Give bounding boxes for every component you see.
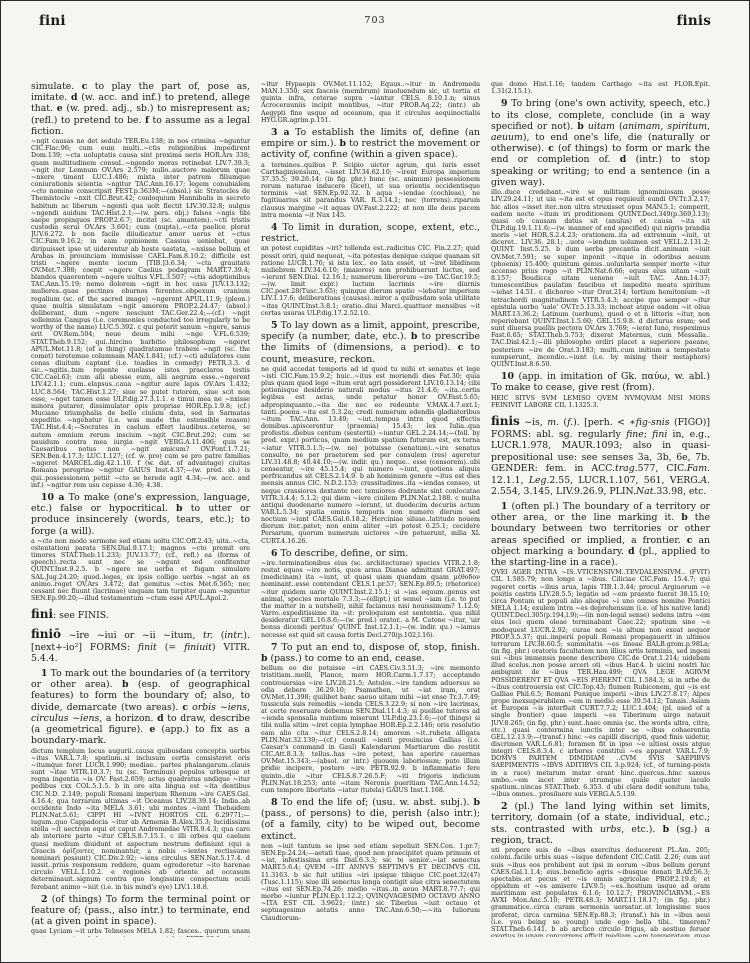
citation-block: dictum templum locus augurii..causa quib… xyxy=(31,748,250,891)
sense-definition-paragraph: 3 a To establish the limits of, define (… xyxy=(261,127,480,161)
page-number: 703 xyxy=(39,15,711,26)
sense-definition-paragraph: 10 a To make (one's expression, language… xyxy=(31,492,250,537)
dictionary-page: fini 703 finis simulate. c to play the p… xyxy=(0,0,750,963)
entry-headword-paragraph: fini: see FINIS. xyxy=(31,607,250,622)
sense-definition-paragraph: 6 To describe, define, or sim. xyxy=(261,548,480,559)
citation-block: an potest cupiditas ~iri? tollenda est..… xyxy=(261,245,480,317)
citation-block: que domo Hist.1.16; tandem Carthago ~ita… xyxy=(491,81,710,95)
sense-definition-paragraph: 10 (app. in imitation of Gk. παύω, w. ab… xyxy=(491,371,710,393)
citation-block: QVEI AGER INTRA ~IS..VTICENSIVM..TEVDALE… xyxy=(491,569,710,798)
sense-definition-paragraph: simulate. c to play the part of, pose as… xyxy=(31,81,250,137)
citation-block: uti propere suis de ~ibus exercitus dedu… xyxy=(491,847,710,937)
sense-definition-paragraph: 7 To put an end to, dispose of, stop, fi… xyxy=(261,642,480,664)
sense-definition-paragraph: 2 (of things) To form the terminal point… xyxy=(31,894,250,928)
citation-block: HEIC SITVS SVM LEMISO QVEM NVMQVAM NISI … xyxy=(491,395,710,409)
column-right: que domo Hist.1.16; tandem Carthago ~ita… xyxy=(491,81,710,937)
citation-block: a terminos..quibus P. Scipio uictor agru… xyxy=(261,162,480,219)
citation-block: non ~iuit tantum se ipse sed etiam sepel… xyxy=(261,843,480,922)
entry-headword-paragraph: finis ~is, m. (f.). [perh. < ∗fig-snis (… xyxy=(491,414,710,498)
sense-definition-paragraph: 4 To limit in duration, scope, extent, e… xyxy=(261,222,480,244)
citation-block: ~ire..terminationibus eius (sc. architec… xyxy=(261,560,480,639)
sense-definition-paragraph: 2 (pl.) The land lying within set limits… xyxy=(491,801,710,846)
sense-definition-paragraph: 5 To lay down as a limit, appoint, presc… xyxy=(261,320,480,365)
sense-definition-paragraph: 9 To bring (one's own activity, speech, … xyxy=(491,98,710,188)
column-left: simulate. c to play the part of, pose as… xyxy=(31,81,250,937)
sense-definition-paragraph: 1 (often pl.) The boundary of a territor… xyxy=(491,501,710,568)
sense-definition-paragraph: 1 To mark out the boundaries of (a terri… xyxy=(31,668,250,747)
sense-definition-paragraph: 8 To end the life of; (usu. w. abst. sub… xyxy=(261,797,480,842)
citation-block: ~ngit causas ne det sedulo TER.Eu.138; i… xyxy=(31,138,250,489)
citation-block: quae Lyciam ~it urbs Telmesos MELA 1.82;… xyxy=(31,928,250,937)
header-guide-word-right: finis xyxy=(677,13,711,29)
citation-block: ne quid accedat temporis ad id quod tu m… xyxy=(261,366,480,545)
citation-block: a ~cto non modo sermone sed etiam uoltu … xyxy=(31,538,250,602)
text-columns: simulate. c to play the part of, pose as… xyxy=(1,81,749,937)
page-header: fini 703 finis xyxy=(39,13,711,39)
citation-block: illo..duce credebant..~ire se militiam i… xyxy=(491,189,710,368)
column-middle: ~itur Hypaepis OV.Met.11.152; Equus..~it… xyxy=(261,81,480,937)
entry-headword-paragraph: finiō ~īre ~iui or ~ii ~itum, tr. (intr.… xyxy=(31,627,250,665)
citation-block: ~itur Hypaepis OV.Met.11.152; Equus..~it… xyxy=(261,81,480,124)
citation-block: bellum eo die potuisse ~iri CAES.Civ.3.5… xyxy=(261,665,480,794)
